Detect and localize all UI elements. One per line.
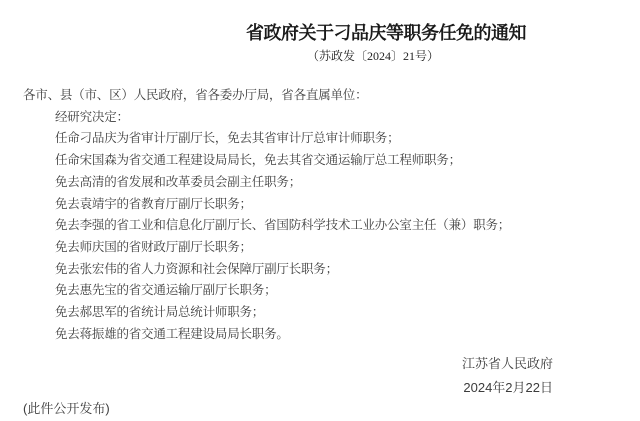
decision-item-8: 免去惠先宝的省交通运输厅副厅长职务；	[23, 280, 634, 302]
opening-line: 经研究决定：	[23, 107, 634, 129]
notice-document: 省政府关于刁品庆等职务任免的通知 （苏政发〔2024〕21号） 各市、县（市、区…	[0, 0, 640, 421]
decision-item-9: 免去郝思军的省统计局总统计师职务；	[23, 302, 634, 324]
decision-item-2: 任命宋国森为省交通工程建设局局长，免去其省交通运输厅总工程师职务；	[23, 150, 634, 172]
decision-item-10: 免去蒋振雄的省交通工程建设局局长职务。	[23, 324, 634, 346]
issuer-name: 江苏省人民政府	[462, 352, 553, 376]
decision-item-1: 任命刁品庆为省审计厅副厅长，免去其省审计厅总审计师职务；	[23, 128, 634, 150]
decision-item-4: 免去袁靖宇的省教育厅副厅长职务；	[23, 194, 634, 216]
decision-item-6: 免去师庆国的省财政厅副厅长职务；	[23, 237, 634, 259]
signature-block: 江苏省人民政府 2024年2月22日	[462, 352, 553, 399]
public-release-note: (此件公开发布)	[23, 398, 110, 417]
salutation: 各市、县（市、区）人民政府，省各委办厅局，省各直属单位：	[23, 85, 634, 107]
notice-title: 省政府关于刁品庆等职务任免的通知	[132, 19, 640, 45]
issue-date: 2024年2月22日	[462, 376, 553, 400]
decision-item-5: 免去李强的省工业和信息化厅副厅长、省国防科学技术工业办公室主任（兼）职务；	[23, 215, 634, 237]
document-number: （苏政发〔2024〕21号）	[106, 47, 640, 64]
decision-item-7: 免去张宏伟的省人力资源和社会保障厅副厅长职务；	[23, 259, 634, 281]
notice-body: 各市、县（市、区）人民政府，省各委办厅局，省各直属单位： 经研究决定： 任命刁品…	[23, 85, 634, 345]
decision-item-3: 免去高清的省发展和改革委员会副主任职务；	[23, 172, 634, 194]
